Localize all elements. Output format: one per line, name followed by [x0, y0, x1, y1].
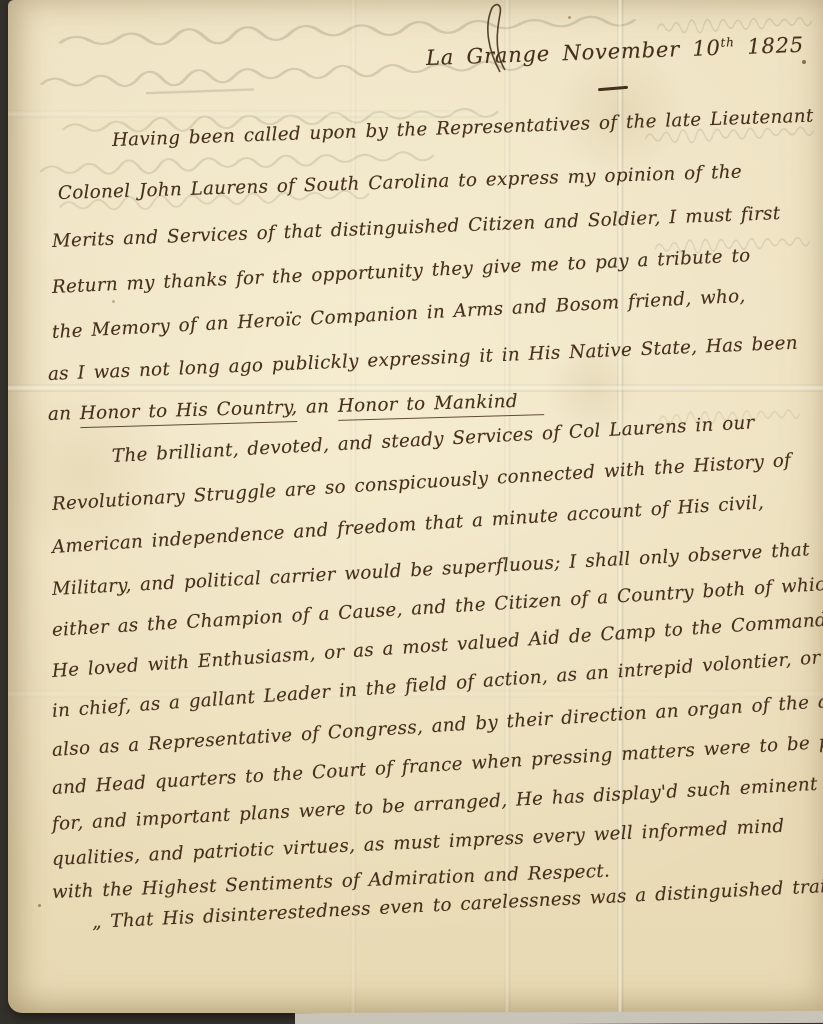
- manuscript-line: Having been called upon by the Represent…: [112, 106, 814, 151]
- dateline-year: 1825: [734, 33, 804, 59]
- letter-page: La Grange November 10th 1825 Having been…: [8, 0, 823, 1013]
- dateline: La Grange November 10th 1825: [426, 33, 805, 70]
- scanner-bed-strip: [295, 1011, 823, 1024]
- foxing-speck: [38, 904, 41, 907]
- horizontal-fold-crease: [8, 384, 823, 392]
- vertical-fold-crease: [504, 0, 511, 1013]
- dateline-underline-dash: [598, 86, 628, 92]
- honor-underlined-mankind: Honor to Mankind: [338, 390, 545, 421]
- honor-middle: an: [297, 396, 338, 418]
- dateline-ordinal-suffix: th: [720, 35, 735, 49]
- foxing-speck: [112, 300, 115, 303]
- manuscript-line-honor: an Honor to His Country, an Honor to Man…: [48, 390, 544, 425]
- scan-background: La Grange November 10th 1825 Having been…: [0, 0, 823, 1024]
- dateline-place-date: La Grange November 10: [426, 36, 722, 70]
- manuscript-line: the Memory of an Heroïc Companion in Arm…: [51, 286, 746, 343]
- manuscript-line: Colonel John Laurens of South Carolina t…: [58, 162, 743, 204]
- horizontal-fold-crease: [8, 110, 481, 118]
- honor-prefix: an: [48, 403, 80, 425]
- manuscript-line: as I was not long ago publickly expressi…: [48, 333, 799, 385]
- vertical-fold-crease: [350, 0, 357, 1013]
- foxing-speck: [568, 16, 571, 19]
- honor-underlined-country: Honor to His Country,: [80, 397, 298, 428]
- foxing-speck: [802, 60, 806, 64]
- manuscript-line: Merits and Services of that distinguishe…: [52, 203, 781, 252]
